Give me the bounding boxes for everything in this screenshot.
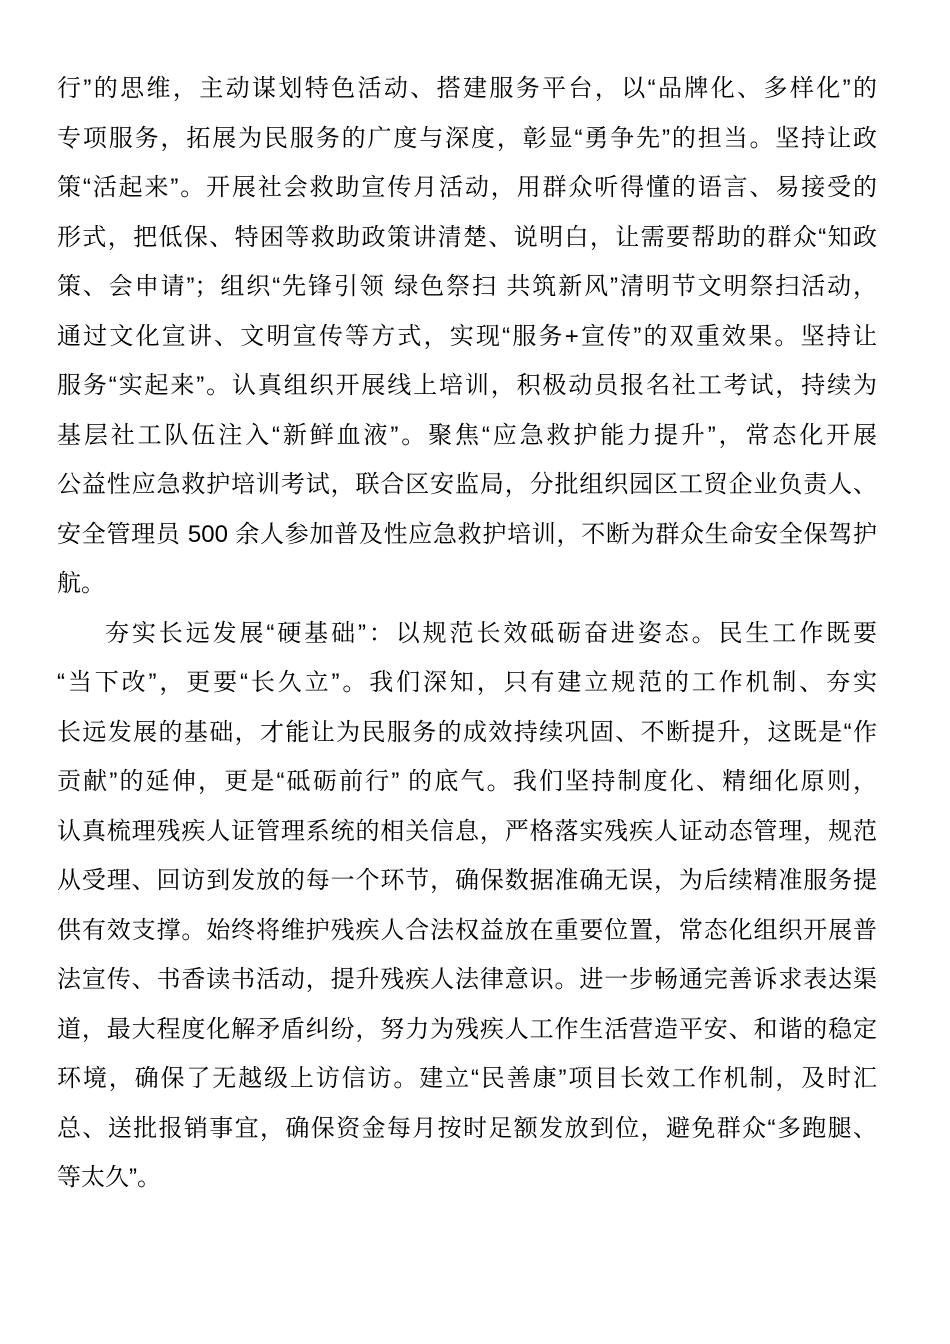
text-line: 形式，把低保、特困等救助政策讲清楚、说明白，让需要帮助的群众“知政: [57, 213, 877, 263]
text-line: 安全管理员 500 余人参加普及性应急救护培训，不断为群众生命安全保驾护: [57, 510, 877, 560]
text-line: “当下改”，更要“长久立”。我们深知，只有建立规范的工作机制、夯实: [57, 658, 877, 708]
text-line: 专项服务，拓展为民服务的广度与深度，彰显“勇争先”的担当。坚持让政: [57, 114, 877, 164]
text-line: 长远发展的基础，才能让为民服务的成效持续巩固、不断提升，这既是“作: [57, 708, 877, 758]
text-line-paragraph-end: 等太久”。: [57, 1153, 877, 1203]
text-line: 供有效支撑。始终将维护残疾人合法权益放在重要位置，常态化组织开展普: [57, 906, 877, 956]
text-line-paragraph-start: 夯实长远发展“硬基础”：以规范长效砥砺奋进姿态。民生工作既要: [57, 609, 877, 659]
text-line: 策“活起来”。开展社会救助宣传月活动，用群众听得懂的语言、易接受的: [57, 163, 877, 213]
text-line: 服务“实起来”。认真组织开展线上培训，积极动员报名社工考试，持续为: [57, 361, 877, 411]
text-block: 行”的思维，主动谋划特色活动、搭建服务平台，以“品牌化、多样化”的 专项服务，拓…: [57, 64, 877, 1203]
text-line: 从受理、回访到发放的每一个环节，确保数据准确无误，为后续精准服务提: [57, 856, 877, 906]
text-line: 通过文化宣讲、文明宣传等方式，实现“服务+宣传”的双重效果。坚持让: [57, 312, 877, 362]
text-line: 环境，确保了无越级上访信访。建立“民善康”项目长效工作机制，及时汇: [57, 1054, 877, 1104]
text-line: 总、送批报销事宜，确保资金每月按时足额发放到位，避免群众“多跑腿、: [57, 1104, 877, 1154]
page: 行”的思维，主动谋划特色活动、搭建服务平台，以“品牌化、多样化”的 专项服务，拓…: [0, 0, 950, 1344]
text-line: 贡献”的延伸，更是“砥砺前行” 的底气。我们坚持制度化、精细化原则，: [57, 757, 877, 807]
text-line: 认真梳理残疾人证管理系统的相关信息，严格落实残疾人证动态管理，规范: [57, 807, 877, 857]
text-line-paragraph-end: 航。: [57, 559, 877, 609]
document-page: { "page": { "background_color": "#ffffff…: [0, 0, 950, 1344]
text-line: 道，最大程度化解矛盾纠纷，努力为残疾人工作生活营造平安、和谐的稳定: [57, 1005, 877, 1055]
text-line: 行”的思维，主动谋划特色活动、搭建服务平台，以“品牌化、多样化”的: [57, 64, 877, 114]
text-line: 策、会申请”；组织“先锋引领 绿色祭扫 共筑新风”清明节文明祭扫活动，: [57, 262, 877, 312]
text-line: 基层社工队伍注入“新鲜血液”。聚焦“应急救护能力提升”，常态化开展: [57, 411, 877, 461]
text-line: 公益性应急救护培训考试，联合区安监局，分批组织园区工贸企业负责人、: [57, 460, 877, 510]
text-line: 法宣传、书香读书活动，提升残疾人法律意识。进一步畅通完善诉求表达渠: [57, 955, 877, 1005]
